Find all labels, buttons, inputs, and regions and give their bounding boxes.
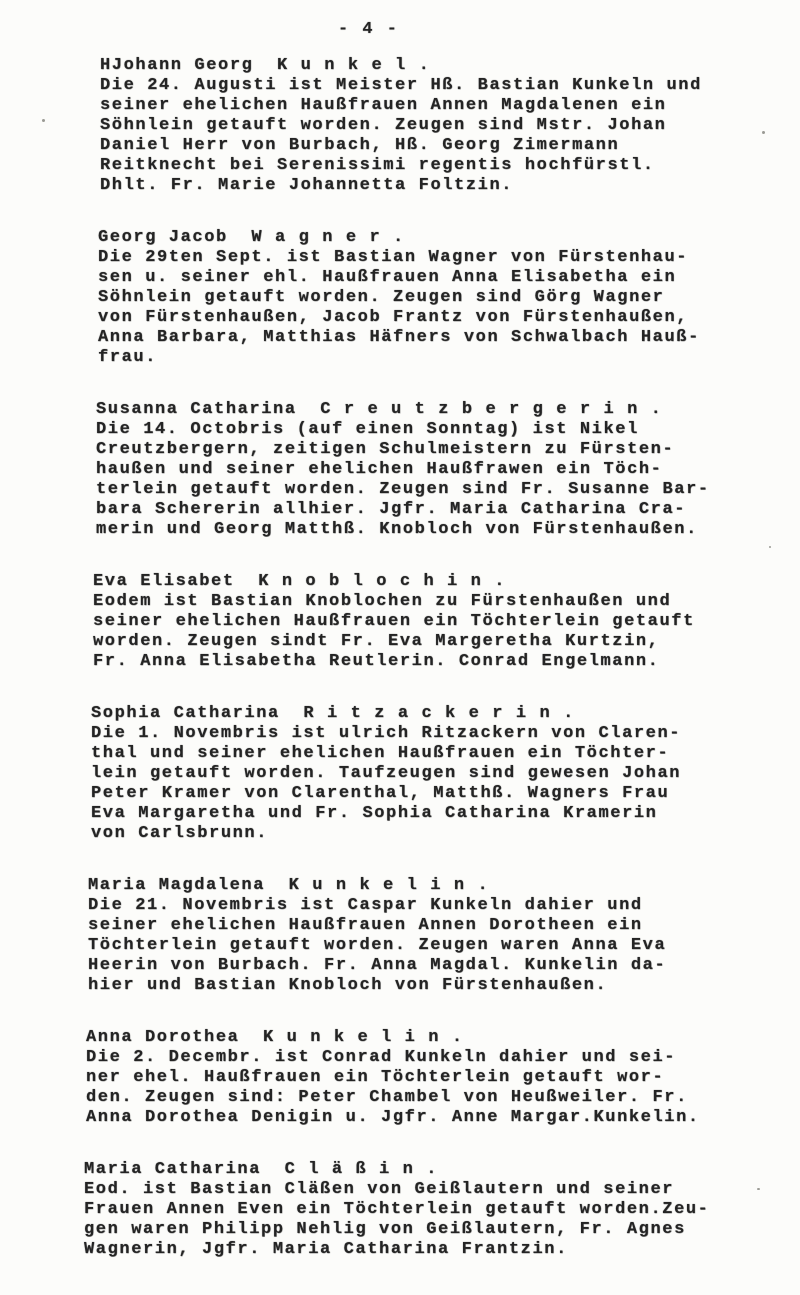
entry-line: Söhnlein getauft worden. Zeugen sind Gör… xyxy=(98,288,760,308)
scan-speckle xyxy=(757,1188,760,1190)
entry-line: frau. xyxy=(98,348,760,368)
entry-title: Maria Catharina C l ä ß i n . xyxy=(84,1160,760,1180)
entry-line: merin und Georg Matthß. Knobloch von Für… xyxy=(96,520,760,540)
baptism-entry: Georg Jacob W a g n e r . Die 29ten Sept… xyxy=(98,228,760,368)
entry-line: von Carlsbrunn. xyxy=(91,824,760,844)
entry-title: Anna Dorothea K u n k e l i n . xyxy=(86,1028,760,1048)
entry-line: thal und seiner ehelichen Haußfrauen ein… xyxy=(91,744,760,764)
baptism-entry: Susanna Catharina C r e u t z b e r g e … xyxy=(96,400,760,540)
entry-line: Frauen Annen Even ein Töchterlein getauf… xyxy=(84,1200,760,1220)
entry-line: Eod. ist Bastian Cläßen von Geißlautern … xyxy=(84,1180,760,1200)
entry-line: Töchterlein getauft worden. Zeugen waren… xyxy=(88,936,760,956)
document-page: - 4 - HJohann Georg K u n k e l . Die 24… xyxy=(0,0,800,1295)
entry-line: Heerin von Burbach. Fr. Anna Magdal. Kun… xyxy=(88,956,760,976)
entry-line: lein getauft worden. Taufzeugen sind gew… xyxy=(91,764,760,784)
entry-lines: Die 14. Octobris (auf einen Sonntag) ist… xyxy=(96,420,760,540)
entry-line: von Fürstenhaußen, Jacob Frantz von Fürs… xyxy=(98,308,760,328)
entry-line: Die 2. Decembr. ist Conrad Kunkeln dahie… xyxy=(86,1048,760,1068)
scan-speckle xyxy=(769,546,771,548)
entry-line: Die 29ten Sept. ist Bastian Wagner von F… xyxy=(98,248,760,268)
entry-line: Wagnerin, Jgfr. Maria Catharina Frantzin… xyxy=(84,1240,760,1260)
entry-line: Söhnlein getauft worden. Zeugen sind Mst… xyxy=(100,116,760,136)
entry-line: Peter Kramer von Clarenthal, Matthß. Wag… xyxy=(91,784,760,804)
entry-line: Dhlt. Fr. Marie Johannetta Foltzin. xyxy=(100,176,760,196)
entry-title: Georg Jacob W a g n e r . xyxy=(98,228,760,248)
entry-line: gen waren Philipp Nehlig von Geißlautern… xyxy=(84,1220,760,1240)
scan-speckle xyxy=(42,119,45,122)
baptism-entry: HJohann Georg K u n k e l . Die 24. Augu… xyxy=(100,56,760,196)
entry-title: HJohann Georg K u n k e l . xyxy=(100,56,760,76)
page-number: - 4 - xyxy=(338,20,399,39)
entry-line: Die 14. Octobris (auf einen Sonntag) ist… xyxy=(96,420,760,440)
entry-lines: Die 1. Novembris ist ulrich Ritzackern v… xyxy=(91,724,760,844)
entry-title: Susanna Catharina C r e u t z b e r g e … xyxy=(96,400,760,420)
entry-lines: Eod. ist Bastian Cläßen von Geißlautern … xyxy=(84,1180,760,1260)
baptism-entry: Maria Catharina C l ä ß i n . Eod. ist B… xyxy=(84,1160,760,1260)
entry-line: seiner ehelichen Haußfrauen ein Töchterl… xyxy=(93,612,760,632)
entry-line: terlein getauft worden. Zeugen sind Fr. … xyxy=(96,480,760,500)
entry-line: Daniel Herr von Burbach, Hß. Georg Zimer… xyxy=(100,136,760,156)
scan-speckle xyxy=(762,131,765,134)
entry-line: Eodem ist Bastian Knoblochen zu Fürstenh… xyxy=(93,592,760,612)
entry-line: Die 21. Novembris ist Caspar Kunkeln dah… xyxy=(88,896,760,916)
entry-line: sen u. seiner ehl. Haußfrauen Anna Elisa… xyxy=(98,268,760,288)
entry-line: Anna Dorothea Denigin u. Jgfr. Anne Marg… xyxy=(86,1108,760,1128)
baptism-entry: Maria Magdalena K u n k e l i n . Die 21… xyxy=(88,876,760,996)
entry-lines: Die 24. Augusti ist Meister Hß. Bastian … xyxy=(100,76,760,196)
entry-line: Die 24. Augusti ist Meister Hß. Bastian … xyxy=(100,76,760,96)
entry-line: den. Zeugen sind: Peter Chambel von Heuß… xyxy=(86,1088,760,1108)
baptism-entry: Anna Dorothea K u n k e l i n . Die 2. D… xyxy=(86,1028,760,1128)
entry-line: seiner ehelichen Haußfrauen Annen Doroth… xyxy=(88,916,760,936)
baptism-entry: Eva Elisabet K n o b l o c h i n . Eodem… xyxy=(93,572,760,672)
entry-lines: Eodem ist Bastian Knoblochen zu Fürstenh… xyxy=(93,592,760,672)
entry-line: Eva Margaretha und Fr. Sophia Catharina … xyxy=(91,804,760,824)
entry-line: Creutzbergern, zeitigen Schulmeistern zu… xyxy=(96,440,760,460)
entry-line: seiner ehelichen Haußfrauen Annen Magdal… xyxy=(100,96,760,116)
entry-lines: Die 21. Novembris ist Caspar Kunkeln dah… xyxy=(88,896,760,996)
entry-lines: Die 2. Decembr. ist Conrad Kunkeln dahie… xyxy=(86,1048,760,1128)
entry-title: Eva Elisabet K n o b l o c h i n . xyxy=(93,572,760,592)
entry-lines: Die 29ten Sept. ist Bastian Wagner von F… xyxy=(98,248,760,368)
entry-line: haußen und seiner ehelichen Haußfrawen e… xyxy=(96,460,760,480)
entry-line: bara Schererin allhier. Jgfr. Maria Cath… xyxy=(96,500,760,520)
entry-line: Reitknecht bei Serenissimi regentis hoch… xyxy=(100,156,760,176)
entry-title: Sophia Catharina R i t z a c k e r i n . xyxy=(91,704,760,724)
entry-line: Die 1. Novembris ist ulrich Ritzackern v… xyxy=(91,724,760,744)
entry-line: Fr. Anna Elisabetha Reutlerin. Conrad En… xyxy=(93,652,760,672)
entry-line: hier und Bastian Knobloch von Fürstenhau… xyxy=(88,976,760,996)
entry-line: ner ehel. Haußfrauen ein Töchterlein get… xyxy=(86,1068,760,1088)
entry-title: Maria Magdalena K u n k e l i n . xyxy=(88,876,760,896)
entries-list: HJohann Georg K u n k e l . Die 24. Augu… xyxy=(100,56,760,1292)
entry-line: Anna Barbara, Matthias Häfners von Schwa… xyxy=(98,328,760,348)
baptism-entry: Sophia Catharina R i t z a c k e r i n .… xyxy=(91,704,760,844)
entry-line: worden. Zeugen sindt Fr. Eva Margeretha … xyxy=(93,632,760,652)
